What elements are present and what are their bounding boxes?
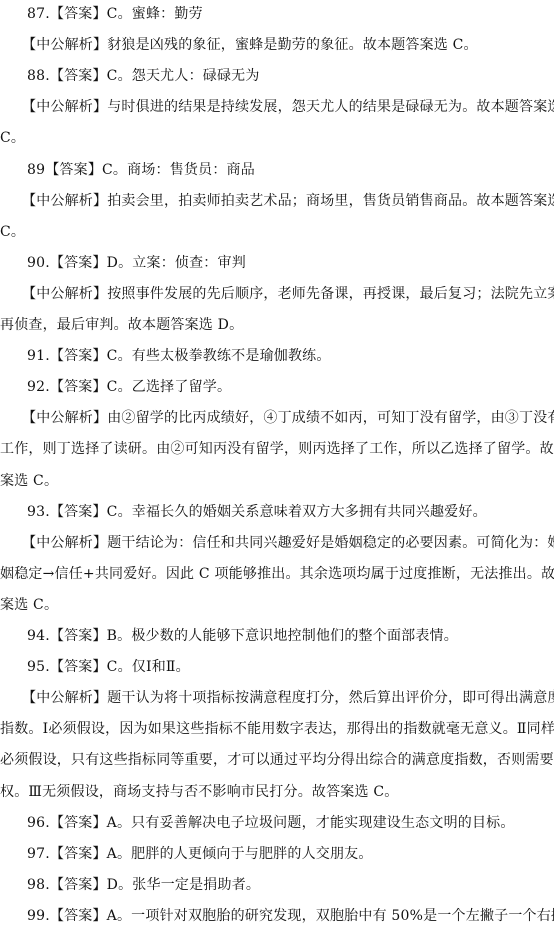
answer-line-93: 93.【答案】C。幸福长久的婚姻关系意味着双方大多拥有共同兴趣爱好。: [27, 504, 487, 520]
continuation-line: 案选 C。: [0, 597, 58, 613]
analysis-line-92: 【中公解析】由②留学的比丙成绩好，④丁成绩不如丙，可知丁没有留学，由③丁没有: [22, 410, 554, 426]
analysis-line-90: 【中公解析】按照事件发展的先后顺序，老师先备课，再授课，最后复习；法院先立案，: [22, 286, 554, 302]
continuation-line: C。: [0, 224, 25, 240]
analysis-line-95: 【中公解析】题干认为将十项指标按满意程度打分，然后算出评价分，即可得出满意度: [22, 690, 554, 706]
continuation-line: 指数。Ⅰ必须假设，因为如果这些指标不能用数字表达，那得出的指数就毫无意义。Ⅱ同样: [0, 721, 554, 737]
answer-line-98: 98.【答案】D。张华一定是捐助者。: [27, 877, 260, 893]
answer-line-97: 97.【答案】A。肥胖的人更倾向于与肥胖的人交朋友。: [27, 846, 373, 862]
answer-line-88: 88.【答案】C。怨天尤人：碌碌无为: [27, 68, 260, 84]
answer-line-99: 99.【答案】A。一项针对双胞胎的研究发现，双胞胎中有 50%是一个左撇子一个右…: [27, 908, 554, 924]
continuation-line: 案选 C。: [0, 473, 58, 489]
continuation-line: 必须假设，只有这些指标同等重要，才可以通过平均分得出综合的满意度指数，否则需要加: [0, 752, 554, 768]
analysis-line-93: 【中公解析】题干结论为：信任和共同兴趣爱好是婚姻稳定的必要因素。可简化为：婚: [22, 535, 554, 551]
continuation-line: 再侦查，最后审判。故本题答案选 D。: [0, 317, 243, 333]
answer-line-89: 89【答案】C。商场：售货员：商品: [27, 162, 255, 178]
analysis-line-88: 【中公解析】与时俱进的结果是持续发展，怨天尤人的结果是碌碌无为。故本题答案选: [22, 99, 554, 115]
answer-line-96: 96.【答案】A。只有妥善解决电子垃圾问题，才能实现建设生态文明的目标。: [27, 815, 515, 831]
answer-line-91: 91.【答案】C。有些太极拳教练不是瑜伽教练。: [27, 348, 331, 364]
answer-line-95: 95.【答案】C。仅Ⅰ和Ⅱ。: [27, 659, 190, 675]
continuation-line: C。: [0, 130, 25, 146]
answer-line-94: 94.【答案】B。极少数的人能够下意识地控制他们的整个面部表情。: [27, 628, 458, 644]
continuation-line: 工作，则丁选择了读研。由②可知丙没有留学，则丙选择了工作，所以乙选择了留学。故答: [0, 441, 554, 457]
analysis-line-89: 【中公解析】拍卖会里，拍卖师拍卖艺术品；商场里，售货员销售商品。故本题答案选: [22, 193, 554, 209]
analysis-line-87: 【中公解析】豺狼是凶残的象征，蜜蜂是勤劳的象征。故本题答案选 C。: [22, 37, 478, 53]
answer-line-92: 92.【答案】C。乙选择了留学。: [27, 379, 231, 395]
answer-line-90: 90.【答案】D。立案：侦查：审判: [27, 255, 246, 271]
continuation-line: 姻稳定→信任+共同爱好。因此 C 项能够推出。其余选项均属于过度推断，无法推出。…: [0, 566, 554, 582]
answer-line-87: 87.【答案】C。蜜蜂：勤劳: [27, 6, 203, 22]
continuation-line: 权。Ⅲ无须假设，商场支持与否不影响市民打分。故答案选 C。: [0, 784, 398, 800]
